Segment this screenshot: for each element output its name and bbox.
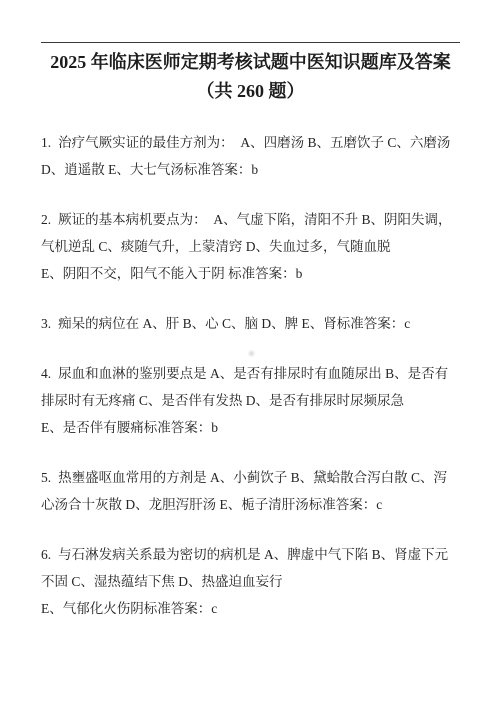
- question-text: 与石淋发病关系最为密切的病机是 A、脾虚中气下陷 B、肾虚下元不固 C、湿热蕴结…: [41, 547, 448, 616]
- question-text: 痴呆的病位在 A、肝 B、心 C、脑 D、脾 E、肾标准答案：c: [58, 316, 410, 331]
- question-item-2: 2.厥证的基本病机要点为： A、气虚下陷，清阳不升 B、阴阳失调，气机逆乱 C、…: [41, 206, 460, 287]
- question-text: 治疗气厥实证的最佳方剂为： A、四磨汤 B、五磨饮子 C、六磨汤 D、逍遥散 E…: [41, 135, 454, 177]
- question-item-5: 5.热壅盛呕血常用的方剂是 A、小蓟饮子 B、黛蛤散合泻白散 C、泻心汤合十灰散…: [41, 464, 460, 518]
- smudge-artifact: [249, 351, 254, 356]
- question-number: 4.: [41, 366, 51, 381]
- question-item-1: 1.治疗气厥实证的最佳方剂为： A、四磨汤 B、五磨饮子 C、六磨汤 D、逍遥散…: [41, 129, 460, 183]
- question-list: 1.治疗气厥实证的最佳方剂为： A、四磨汤 B、五磨饮子 C、六磨汤 D、逍遥散…: [41, 129, 460, 622]
- title-top-rule: [41, 42, 460, 43]
- question-text: 尿血和血淋的鉴别要点是 A、是否有排尿时有血随尿出 B、是否有排尿时有无疼痛 C…: [41, 366, 448, 435]
- question-number: 3.: [41, 316, 51, 331]
- question-number: 1.: [41, 135, 51, 150]
- question-number: 6.: [41, 547, 51, 562]
- document-title: 2025 年临床医师定期考核试题中医知识题库及答案（共 260 题）: [41, 48, 460, 106]
- question-text: 热壅盛呕血常用的方剂是 A、小蓟饮子 B、黛蛤散合泻白散 C、泻心汤合十灰散 D…: [41, 470, 447, 512]
- exam-document-page: 2025 年临床医师定期考核试题中医知识题库及答案（共 260 题） 1.治疗气…: [0, 0, 500, 708]
- question-item-3: 3.痴呆的病位在 A、肝 B、心 C、脑 D、脾 E、肾标准答案：c: [41, 310, 460, 337]
- question-number: 5.: [41, 470, 51, 485]
- question-number: 2.: [41, 212, 51, 227]
- document-content: 2025 年临床医师定期考核试题中医知识题库及答案（共 260 题） 1.治疗气…: [41, 0, 460, 645]
- question-text: 厥证的基本病机要点为： A、气虚下陷，清阳不升 B、阴阳失调，气机逆乱 C、痰随…: [41, 212, 452, 281]
- question-item-6: 6.与石淋发病关系最为密切的病机是 A、脾虚中气下陷 B、肾虚下元不固 C、湿热…: [41, 541, 460, 622]
- question-item-4: 4.尿血和血淋的鉴别要点是 A、是否有排尿时有血随尿出 B、是否有排尿时有无疼痛…: [41, 360, 460, 441]
